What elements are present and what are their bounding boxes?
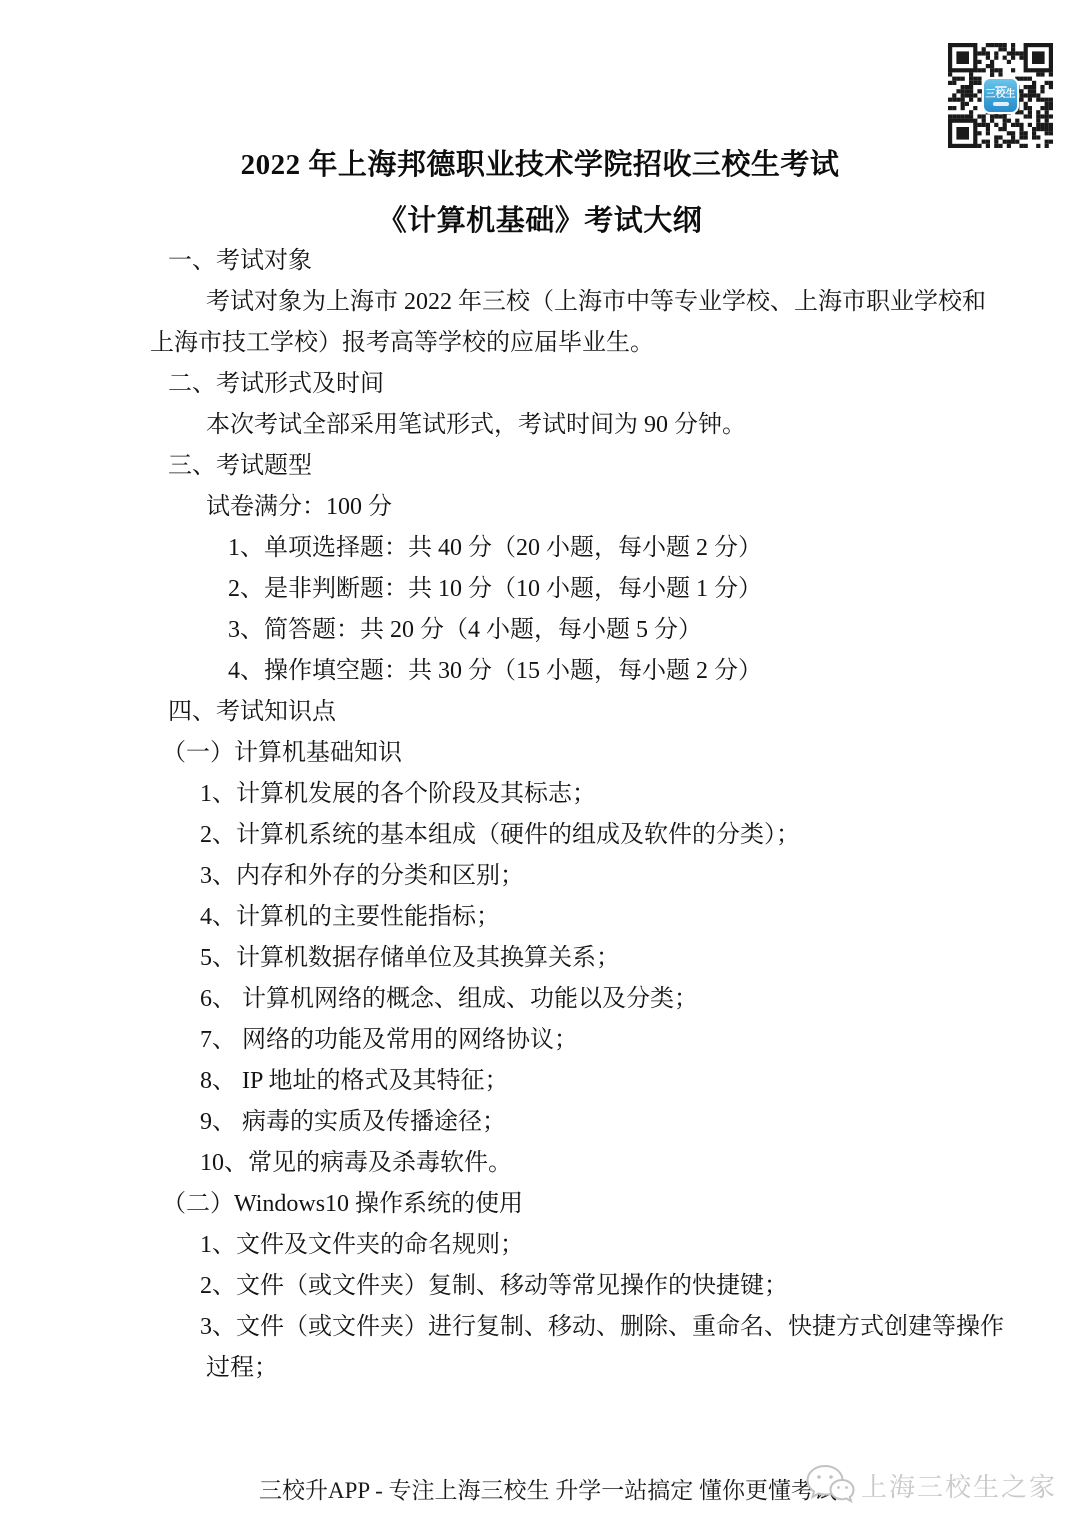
qr-code: 三校生 [948,43,1053,148]
document-body: 一、考试对象考试对象为上海市 2022 年三校（上海市中等专业学校、上海市职业学… [150,241,950,1389]
qr-center-logo: 三校生 [982,77,1019,114]
doc-line: 试卷满分：100 分 [150,487,950,528]
doc-line: 1、单项选择题：共 40 分（20 小题，每小题 2 分） [150,528,950,569]
doc-line: 一、考试对象 [150,241,950,282]
doc-line: 4、操作填空题：共 30 分（15 小题，每小题 2 分） [150,651,950,692]
doc-line: 3、内存和外存的分类和区别； [150,856,950,897]
qr-logo-badge [993,102,1009,106]
qr-logo-micro-text [995,86,1007,88]
doc-line: 本次考试全部采用笔试形式，考试时间为 90 分钟。 [150,405,950,446]
doc-line: 5、计算机数据存储单位及其换算关系； [150,938,950,979]
doc-line: 7、 网络的功能及常用的网络协议； [150,1020,950,1061]
doc-line: 1、文件及文件夹的命名规则； [150,1225,950,1266]
doc-line: 过程； [150,1348,950,1389]
document-title: 2022 年上海邦德职业技术学院招收三校生考试 [0,142,1080,183]
doc-line: 9、 病毒的实质及传播途径； [150,1102,950,1143]
doc-line: 考试对象为上海市 2022 年三校（上海市中等专业学校、上海市职业学校和 [150,282,950,323]
doc-line: 1、计算机发展的各个阶段及其标志； [150,774,950,815]
document-page: 三校生 2022 年上海邦德职业技术学院招收三校生考试 《计算机基础》考试大纲 … [0,0,1080,1527]
watermark-text: 上海三校生之家 [861,1467,1057,1504]
doc-line: 2、计算机系统的基本组成（硬件的组成及软件的分类）； [150,815,950,856]
doc-line: 四、考试知识点 [150,692,950,733]
doc-line: 三、考试题型 [150,446,950,487]
doc-line: 上海市技工学校）报考高等学校的应届毕业生。 [150,323,950,364]
document-subtitle: 《计算机基础》考试大纲 [0,198,1080,239]
wechat-icon [804,1462,856,1508]
doc-line: 二、考试形式及时间 [150,364,950,405]
doc-line: 2、是非判断题：共 10 分（10 小题，每小题 1 分） [150,569,950,610]
doc-line: （一）计算机基础知识 [150,733,950,774]
watermark: 上海三校生之家 [804,1462,1057,1508]
doc-line: 3、简答题：共 20 分（4 小题，每小题 5 分） [150,610,950,651]
doc-line: 3、文件（或文件夹）进行复制、移动、删除、重命名、快捷方式创建等操作 [150,1307,950,1348]
doc-line: 2、文件（或文件夹）复制、移动等常见操作的快捷键； [150,1266,950,1307]
doc-line: 10、常见的病毒及杀毒软件。 [150,1143,950,1184]
doc-line: 4、计算机的主要性能指标； [150,897,950,938]
doc-line: 6、 计算机网络的概念、组成、功能以及分类； [150,979,950,1020]
qr-logo-text: 三校生 [986,90,1016,100]
doc-line: （二）Windows10 操作系统的使用 [150,1184,950,1225]
doc-line: 8、 IP 地址的格式及其特征； [150,1061,950,1102]
